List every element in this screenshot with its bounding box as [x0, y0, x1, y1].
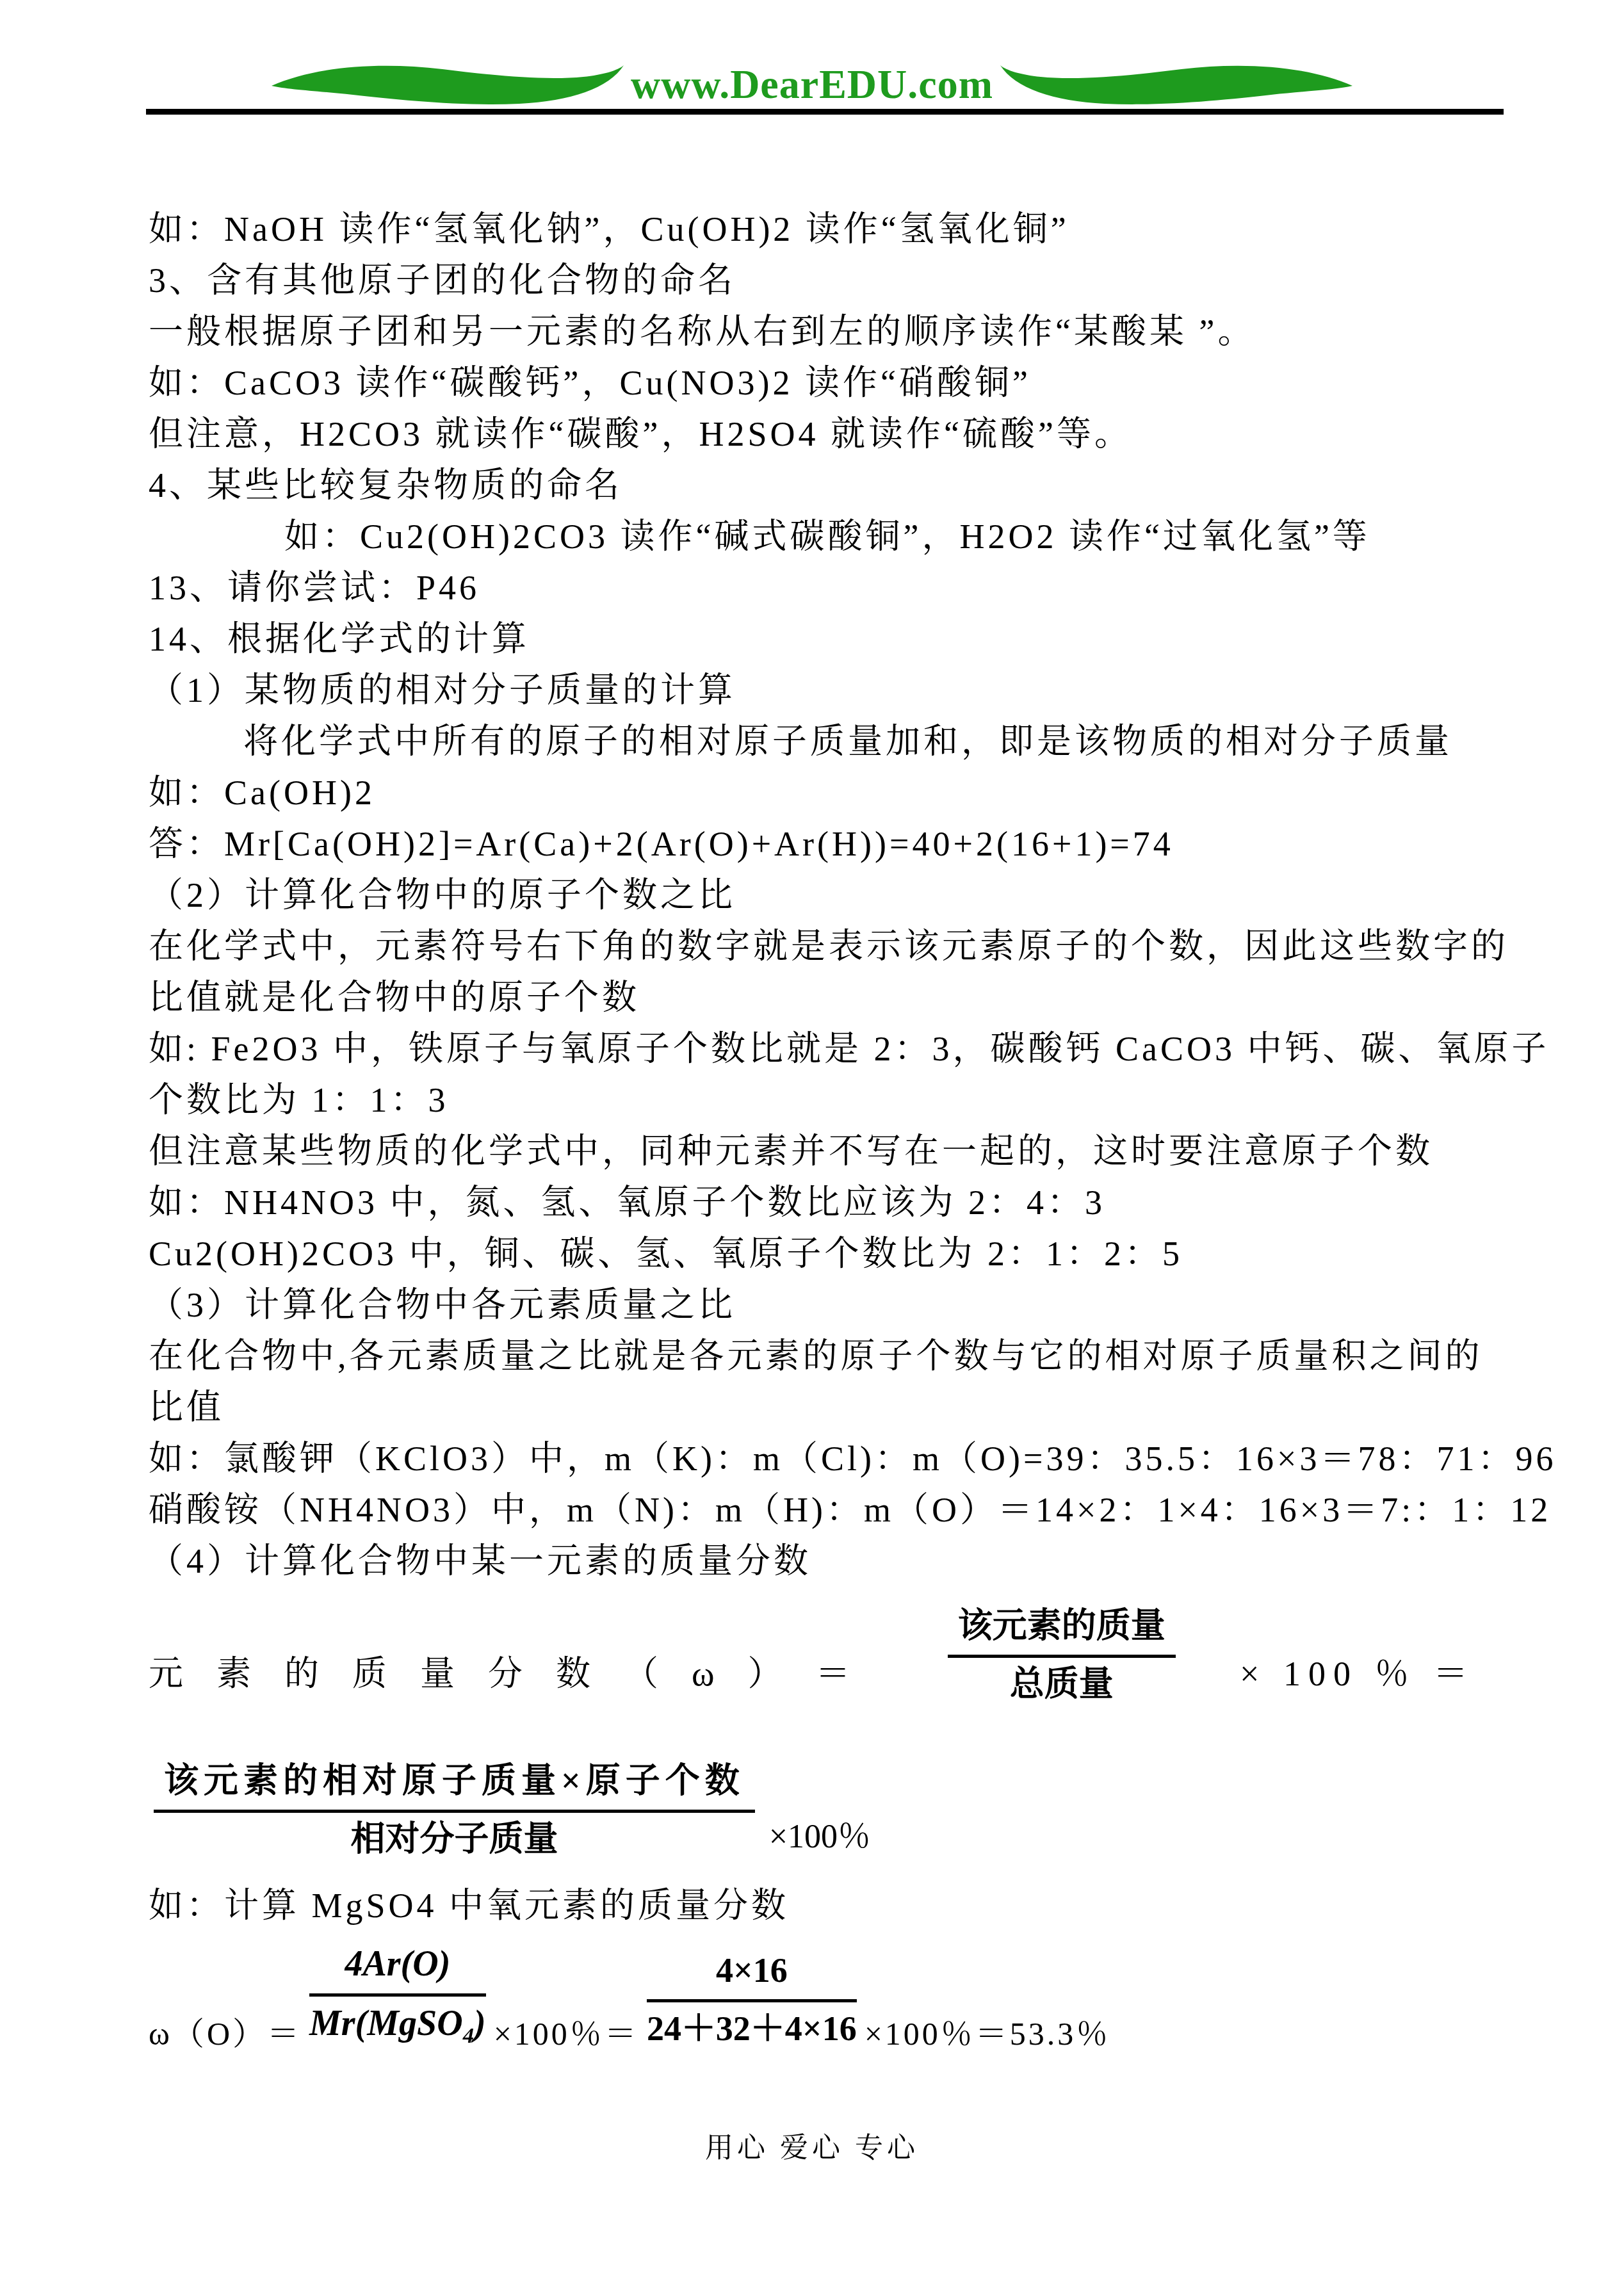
text-line: 一般根据原子团和另一元素的名称从右到左的顺序读作“某酸某 ”。	[149, 306, 1556, 357]
fraction-denominator: Mr(MgSO4)	[309, 1997, 486, 2048]
text-line: 如：Cu2(OH)2CO3 读作“碱式碳酸铜”，H2O2 读作“过氧化氢”等	[149, 511, 1556, 562]
text-line: 硝酸铵（NH4NO3）中，m（N)：m（H)：m（O）＝14×2：1×4：16×…	[149, 1484, 1556, 1536]
logo-left-swoosh-icon	[270, 59, 626, 110]
omega-numeric-fraction: 4×16 24＋32＋4×16	[647, 1949, 857, 2048]
text-line: （2）计算化合物中的原子个数之比	[149, 870, 1556, 921]
page-footer: 用心 爱心 专心	[0, 2125, 1624, 2166]
fraction-numerator: 该元素的质量	[948, 1605, 1176, 1657]
text-line: 如: Fe2O3 中，铁原子与氧原子个数比就是 2：3，碳酸钙 CaCO3 中钙…	[149, 1023, 1556, 1075]
text-line: 如：NH4NO3 中，氮、氢、氧原子个数比应该为 2：4：3	[149, 1177, 1556, 1228]
text-line: 但注意，H2CO3 就读作“碳酸”，H2SO4 就读作“硫酸”等。	[149, 409, 1556, 460]
text-line: （1）某物质的相对分子质量的计算	[149, 665, 1556, 716]
site-logo: www.DearEDU.com	[0, 59, 1624, 110]
text-line: 13、请你尝试：P46	[149, 562, 1556, 613]
text-line: 如：NaOH 读作“氢氧化钠”，Cu(OH)2 读作“氢氧化铜”	[149, 204, 1556, 255]
text-line: 但注意某些物质的化学式中，同种元素并不写在一起的，这时要注意原子个数	[149, 1126, 1556, 1177]
text-line: 14、根据化学式的计算	[149, 613, 1556, 665]
denominator-subscript: 4	[463, 2023, 474, 2048]
omega-lhs: ω（O）＝	[149, 2008, 302, 2058]
omega-mid: ×100％＝	[494, 2008, 639, 2058]
times-100-suffix: ×100％	[769, 1809, 871, 1858]
denominator-text: Mr(MgSO	[309, 2004, 463, 2043]
mass-fraction-label: 元素的质量分数（ω）＝	[149, 1646, 884, 1703]
fraction-denominator: 24＋32＋4×16	[647, 2002, 857, 2048]
text-line: （3）计算化合物中各元素质量之比	[149, 1279, 1556, 1331]
document-page: www.DearEDU.com 如：NaOH 读作“氢氧化钠”，Cu(OH)2 …	[0, 0, 1624, 2295]
omega-symbolic-fraction: 4Ar(O) Mr(MgSO4)	[309, 1942, 486, 2048]
text-line: 如：氯酸钾（KClO3）中，m（K)：m（Cl)：m（O)=39：35.5：16…	[149, 1433, 1556, 1484]
expanded-fraction: 该元素的相对原子质量×原子个数 相对分子质量	[154, 1760, 755, 1858]
text-line: 4、某些比较复杂物质的命名	[149, 460, 1556, 511]
text-line: 3、含有其他原子团的化合物的命名	[149, 255, 1556, 306]
fraction-denominator: 相对分子质量	[154, 1813, 755, 1858]
header-rule	[146, 109, 1504, 115]
fraction-denominator: 总质量	[948, 1658, 1176, 1703]
logo-right-swoosh-icon	[998, 59, 1354, 110]
example-intro-line: 如：计算 MgSO4 中氧元素的质量分数	[149, 1880, 789, 1931]
fraction-numerator: 该元素的相对原子质量×原子个数	[154, 1760, 755, 1812]
text-line: 个数比为 1：1：3	[149, 1075, 1556, 1126]
document-body: 如：NaOH 读作“氢氧化钠”，Cu(OH)2 读作“氢氧化铜” 3、含有其他原…	[149, 204, 1556, 1587]
mass-fraction-fraction: 该元素的质量 总质量	[948, 1605, 1176, 1703]
text-line: 将化学式中所有的原子的相对原子质量加和，即是该物质的相对分子质量	[149, 716, 1556, 767]
omega-result: ×100％＝53.3％	[865, 2008, 1111, 2058]
fraction-numerator: 4Ar(O)	[309, 1942, 486, 1997]
text-line: 在化学式中，元素符号右下角的数字就是表示该元素原子的个数，因此这些数字的	[149, 921, 1556, 972]
fraction-numerator: 4×16	[647, 1949, 857, 2002]
formula-expanded-fraction: 该元素的相对原子质量×原子个数 相对分子质量 ×100％	[154, 1737, 871, 1858]
logo-text: www.DearEDU.com	[631, 59, 993, 110]
text-line: 在化合物中,各元素质量之比就是各元素的原子个数与它的相对原子质量积之间的	[149, 1331, 1556, 1382]
text-line: 如：CaCO3 读作“碳酸钙”，Cu(NO3)2 读作“硝酸铜”	[149, 357, 1556, 409]
times-100-suffix: × 100 ％ ＝	[1240, 1646, 1475, 1703]
text-line: 比值就是化合物中的原子个数	[149, 972, 1556, 1023]
formula-omega: ω（O）＝ 4Ar(O) Mr(MgSO4) ×100％＝ 4×16 24＋32…	[149, 1949, 1110, 2058]
formula-mass-fraction: 元素的质量分数（ω）＝ 该元素的质量 总质量 × 100 ％ ＝	[149, 1575, 1475, 1703]
text-line: 比值	[149, 1382, 1556, 1433]
denominator-text: )	[474, 2004, 486, 2043]
text-line: 如：Ca(OH)2	[149, 767, 1556, 818]
text-line: Cu2(OH)2CO3 中，铜、碳、氢、氧原子个数比为 2：1：2：5	[149, 1228, 1556, 1279]
text-line: 答：Mr[Ca(OH)2]=Ar(Ca)+2(Ar(O)+Ar(H))=40+2…	[149, 818, 1556, 870]
